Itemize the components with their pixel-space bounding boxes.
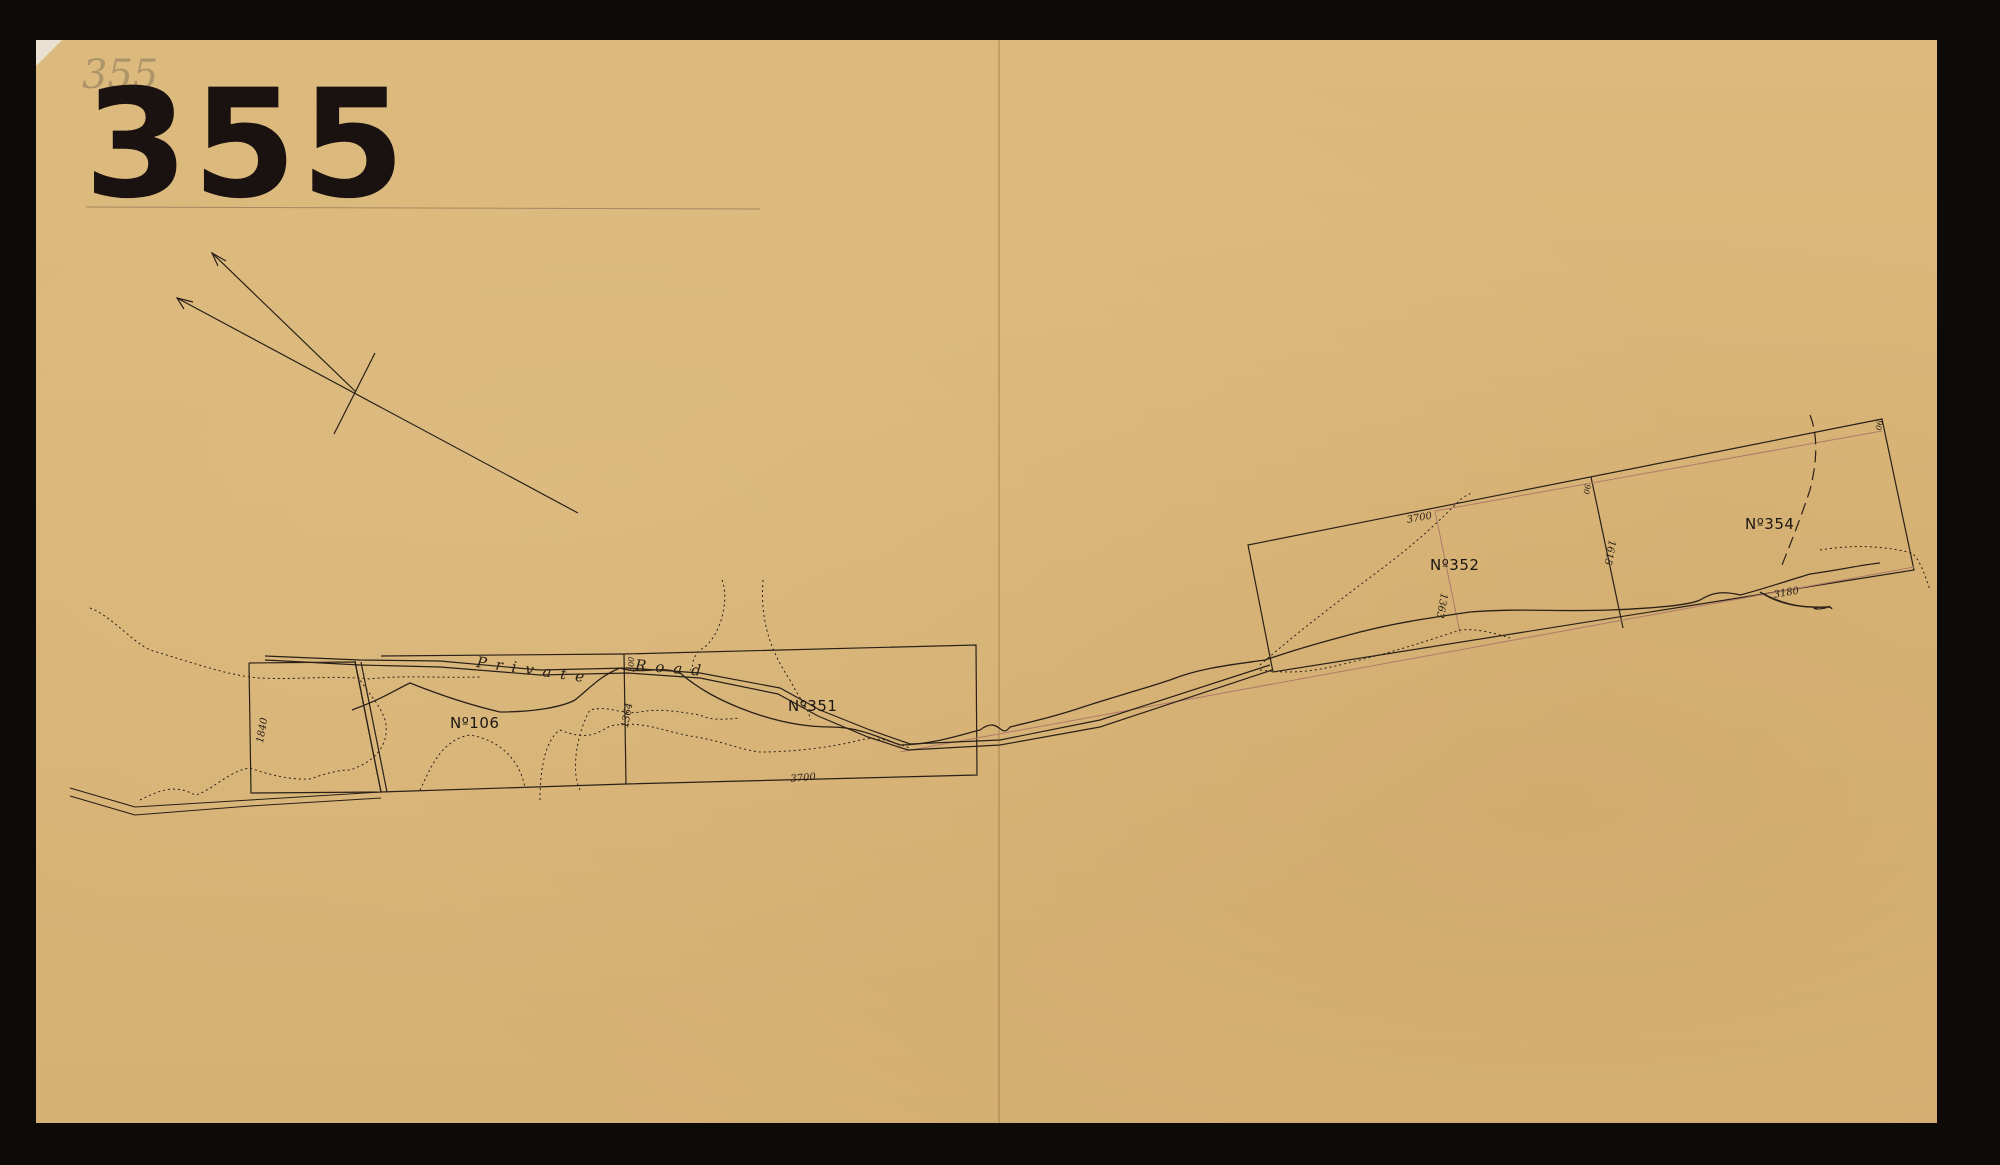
- lot-label-351: Nº351: [788, 697, 837, 715]
- corner-mark-lot-354-right: 90: [1873, 419, 1884, 431]
- lot-106-boundary: [249, 661, 387, 793]
- lot-label-354: Nº354: [1745, 515, 1794, 533]
- corner-mark-lot-354-left: 90: [1581, 483, 1592, 495]
- dimension-lot-351-top: 300: [627, 657, 636, 672]
- lot-label-106: Nº106: [450, 714, 499, 732]
- lot-label-352: Nº352: [1430, 556, 1479, 574]
- lot-352-354-boundary: [1248, 419, 1914, 672]
- north-arrow-icon: [177, 253, 578, 513]
- dimension-lot-351-bottom: 3700: [790, 772, 816, 785]
- survey-map: [0, 0, 2000, 1165]
